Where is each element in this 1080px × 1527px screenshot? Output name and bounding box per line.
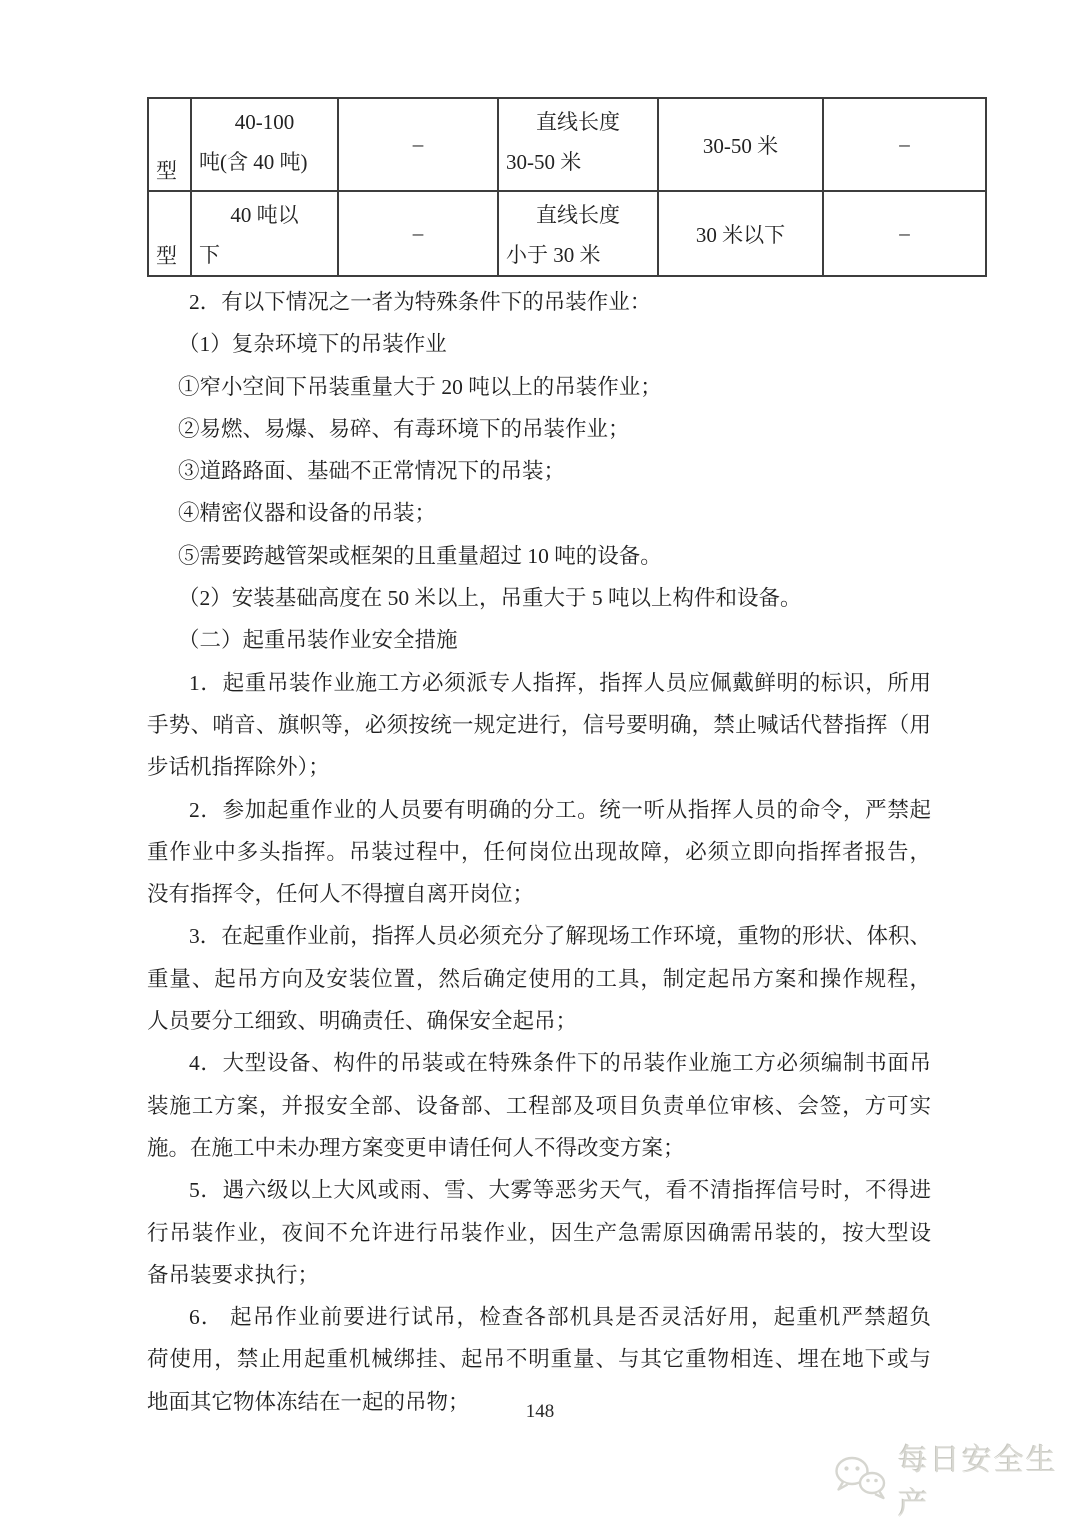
text-line: （1）复杂环境下的吊装作业 — [147, 323, 931, 365]
text-line: 4．大型设备、构件的吊装或在特殊条件下的吊装作业施工方必须编制书面吊 — [147, 1042, 931, 1084]
table-cell-dash: – — [338, 98, 498, 191]
cell-text: 40-100 — [192, 102, 337, 142]
text-line: 2．有以下情况之一者为特殊条件下的吊装作业： — [147, 281, 931, 323]
table-cell-length: 直线长度 30-50 米 — [498, 98, 658, 191]
watermark-text: 每日安全生产 — [898, 1435, 1080, 1523]
text-line: （2）安装基础高度在 50 米以上，吊重大于 5 吨以上构件和设备。 — [147, 577, 931, 619]
cell-text: 型 — [149, 244, 190, 275]
text-line: 装施工方案，并报安全部、设备部、工程部及项目负责单位审核、会签，方可实 — [147, 1085, 931, 1127]
cell-text: 直线长度 — [499, 195, 657, 235]
text-line: ④精密仪器和设备的吊装； — [147, 492, 931, 534]
text-line: 人员要分工细致、明确责任、确保安全起吊； — [147, 1000, 931, 1042]
cell-text: 吨(含 40 吨) — [192, 142, 337, 182]
text-line: ②易燃、易爆、易碎、有毒环境下的吊装作业； — [147, 408, 931, 450]
table-cell-type: 型 — [148, 191, 191, 276]
text-line: ①窄小空间下吊装重量大于 20 吨以上的吊装作业； — [147, 366, 931, 408]
text-line: 行吊装作业，夜间不允许进行吊装作业，因生产急需原因确需吊装的，按大型设 — [147, 1212, 931, 1254]
watermark: 每日安全生产 — [831, 1455, 1080, 1503]
table-cell-dash: – — [338, 191, 498, 276]
text-line: 荷使用，禁止用起重机械绑挂、起吊不明重量、与其它重物相连、埋在地下或与 — [147, 1338, 931, 1380]
crane-classification-table: 型 40-100 吨(含 40 吨) – 直线长度 30-50 米 30-50 … — [147, 97, 987, 277]
text-line: 重量、起吊方向及安装位置，然后确定使用的工具，制定起吊方案和操作规程， — [147, 958, 931, 1000]
text-line: 6． 起吊作业前要进行试吊，检查各部机具是否灵活好用，起重机严禁超负 — [147, 1296, 931, 1338]
wechat-icon — [831, 1454, 889, 1505]
text-line: 重作业中多头指挥。吊装过程中，任何岗位出现故障，必须立即向指挥者报告， — [147, 831, 931, 873]
table-cell-distance: 30-50 米 — [658, 98, 823, 191]
cell-text: 型 — [149, 159, 190, 190]
text-line: ③道路路面、基础不正常情况下的吊装； — [147, 450, 931, 492]
body-text: 2．有以下情况之一者为特殊条件下的吊装作业： （1）复杂环境下的吊装作业 ①窄小… — [147, 281, 931, 1423]
table-cell-weight: 40-100 吨(含 40 吨) — [191, 98, 338, 191]
cell-text: 30-50 米 — [499, 142, 657, 182]
table-row: 型 40-100 吨(含 40 吨) – 直线长度 30-50 米 30-50 … — [148, 98, 986, 191]
cell-text: 40 吨以 — [192, 195, 337, 235]
text-line: 5．遇六级以上大风或雨、雪、大雾等恶劣天气，看不清指挥信号时，不得进 — [147, 1169, 931, 1211]
text-line: 步话机指挥除外）； — [147, 746, 931, 788]
table-cell-weight: 40 吨以 下 — [191, 191, 338, 276]
text-line: ⑤需要跨越管架或框架的且重量超过 10 吨的设备。 — [147, 535, 931, 577]
document-page: 型 40-100 吨(含 40 吨) – 直线长度 30-50 米 30-50 … — [0, 0, 1080, 1527]
text-line: 手势、哨音、旗帜等，必须按统一规定进行，信号要明确，禁止喊话代替指挥（用 — [147, 704, 931, 746]
text-line: （二）起重吊装作业安全措施 — [147, 619, 931, 661]
table-cell-dash: – — [823, 98, 986, 191]
cell-text: 小于 30 米 — [499, 235, 657, 275]
text-line: 2．参加起重作业的人员要有明确的分工。统一听从指挥人员的命令，严禁起 — [147, 789, 931, 831]
page-number: 148 — [0, 1401, 1080, 1423]
table-cell-distance: 30 米以下 — [658, 191, 823, 276]
text-line: 施。在施工中未办理方案变更申请任何人不得改变方案； — [147, 1127, 931, 1169]
cell-text: 下 — [192, 235, 337, 275]
text-line: 备吊装要求执行； — [147, 1254, 931, 1296]
table-row: 型 40 吨以 下 – 直线长度 小于 30 米 30 米以下 – — [148, 191, 986, 276]
table-cell-type: 型 — [148, 98, 191, 191]
table-cell-dash: – — [823, 191, 986, 276]
text-line: 1．起重吊装作业施工方必须派专人指挥，指挥人员应佩戴鲜明的标识，所用 — [147, 662, 931, 704]
text-line: 3．在起重作业前，指挥人员必须充分了解现场工作环境，重物的形状、体积、 — [147, 915, 931, 957]
table-cell-length: 直线长度 小于 30 米 — [498, 191, 658, 276]
text-line: 没有指挥令，任何人不得擅自离开岗位； — [147, 873, 931, 915]
cell-text: 直线长度 — [499, 102, 657, 142]
